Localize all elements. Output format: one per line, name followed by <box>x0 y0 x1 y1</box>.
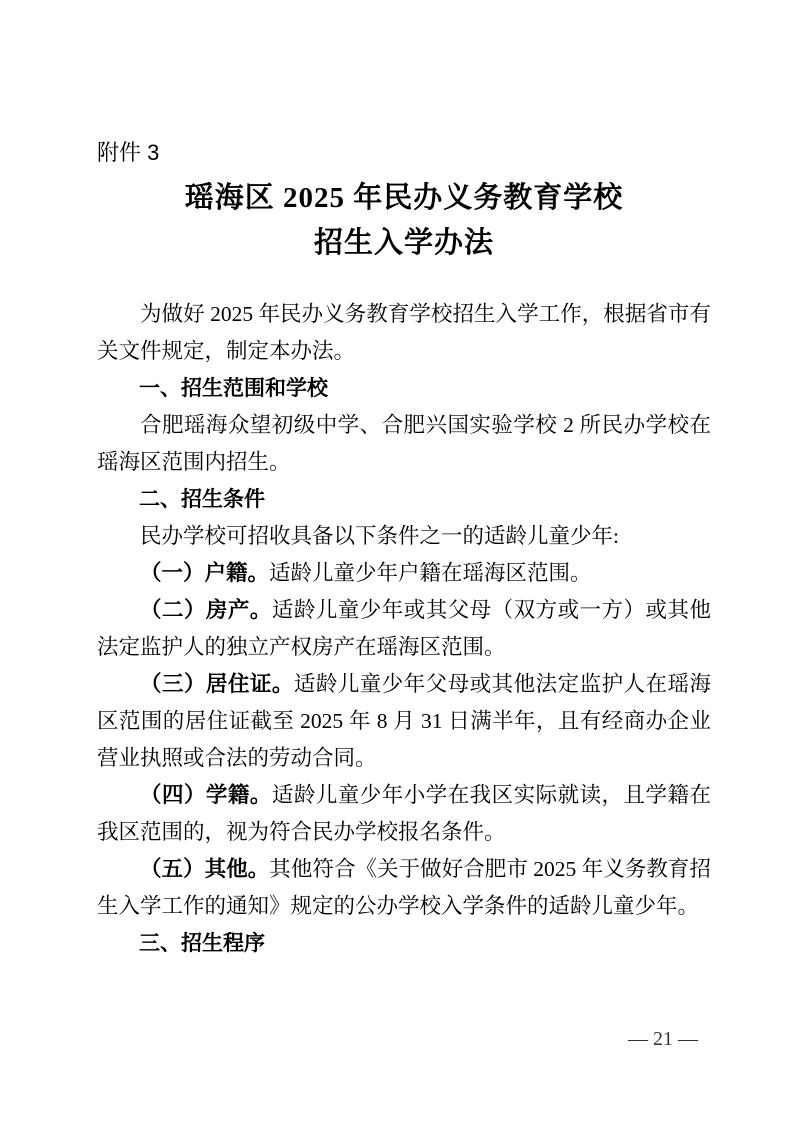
condition-item-hukou: （一）户籍。适龄儿童少年户籍在瑶海区范围。 <box>97 555 711 592</box>
condition-item-property-label: （二）房产。 <box>140 598 272 622</box>
condition-item-hukou-label: （一）户籍。 <box>140 561 269 585</box>
condition-item-property: （二）房产。适龄儿童少年或其父母（双方或一方）或其他法定监护人的独立产权房产在瑶… <box>97 592 711 666</box>
document-title: 瑶海区 2025 年民办义务教育学校 招生入学办法 <box>97 176 711 266</box>
condition-item-student-status-label: （四）学籍。 <box>140 783 272 807</box>
intro-paragraph: 为做好 2025 年民办义务教育学校招生入学工作，根据省市有关文件规定，制定本办… <box>97 296 711 370</box>
condition-item-residence-permit-label: （三）居住证。 <box>140 672 294 696</box>
section-heading-1: 一、招生范围和学校 <box>97 370 711 407</box>
section-heading-2: 二、招生条件 <box>97 481 711 518</box>
attachment-label: 附件 3 <box>97 138 711 168</box>
section-heading-3: 三、招生程序 <box>97 925 711 962</box>
condition-item-other: （五）其他。其他符合《关于做好合肥市 2025 年义务教育招生入学工作的通知》规… <box>97 851 711 925</box>
condition-item-hukou-text: 适龄儿童少年户籍在瑶海区范围。 <box>269 561 592 585</box>
condition-item-other-label: （五）其他。 <box>140 857 269 881</box>
section-1-paragraph: 合肥瑶海众望初级中学、合肥兴国实验学校 2 所民办学校在瑶海区范围内招生。 <box>97 407 711 481</box>
document-title-line-2: 招生入学办法 <box>97 221 711 266</box>
section-2-lead-paragraph: 民办学校可招收具备以下条件之一的适龄儿童少年: <box>97 518 711 555</box>
page-number: — 21 — <box>628 1028 698 1051</box>
condition-item-residence-permit: （三）居住证。适龄儿童少年父母或其他法定监护人在瑶海区范围的居住证截至 2025… <box>97 666 711 777</box>
document-body: 为做好 2025 年民办义务教育学校招生入学工作，根据省市有关文件规定，制定本办… <box>97 296 711 962</box>
condition-item-student-status: （四）学籍。适龄儿童少年小学在我区实际就读，且学籍在我区范围的，视为符合民办学校… <box>97 777 711 851</box>
document-title-line-1: 瑶海区 2025 年民办义务教育学校 <box>97 176 711 221</box>
document-page: 附件 3 瑶海区 2025 年民办义务教育学校 招生入学办法 为做好 2025 … <box>0 0 793 1122</box>
document-content: 附件 3 瑶海区 2025 年民办义务教育学校 招生入学办法 为做好 2025 … <box>97 138 711 962</box>
